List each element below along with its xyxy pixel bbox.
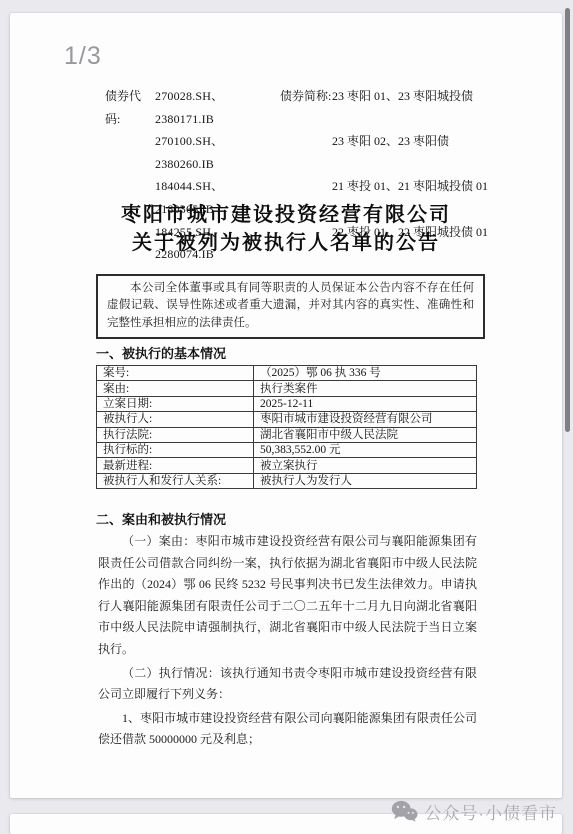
table-row: 案由: 执行类案件: [97, 381, 477, 396]
paragraph-obligation-1: 1、枣阳市城市建设投资经营有限公司向襄阳能源集团有限责任公司偿还借款 50000…: [98, 708, 477, 751]
table-row: 被执行人: 枣阳市城市建设投资经营有限公司: [97, 412, 477, 427]
row-value: （2025）鄂 06 执 336 号: [254, 366, 477, 381]
section2-heading: 二、案由和被执行情况: [96, 509, 226, 528]
title-line-1: 枣阳市城市建设投资经营有限公司: [76, 202, 496, 230]
document-page-1: 1/3 债券代码: 270028.SH、2380171.IB 债券简称: 23 …: [10, 13, 562, 798]
row-label: 最新进程:: [97, 458, 254, 473]
scrollbar[interactable]: [565, 8, 570, 432]
table-row: 被执行人和发行人关系: 被执行人为发行人: [97, 473, 477, 488]
bond-code-label: 债券代码:: [105, 85, 155, 130]
table-row: 立案日期: 2025-12-11: [97, 396, 477, 411]
title-line-2: 关于被列为被执行人名单的公告: [76, 230, 496, 258]
table-row: 最新进程: 被立案执行: [97, 458, 477, 473]
disclaimer-box: 本公司全体董事或具有同等职责的人员保证本公告内容不存在任何虚假记载、误导性陈述或…: [96, 274, 485, 339]
row-value: 湖北省襄阳市中级人民法院: [254, 427, 477, 442]
row-label: 被执行人:: [97, 412, 254, 427]
row-value: 被立案执行: [254, 458, 477, 473]
bond-row: 270100.SH、2380260.IB 23 枣阳 02、23 枣阳债: [105, 130, 525, 175]
document-title: 枣阳市城市建设投资经营有限公司 关于被列为被执行人名单的公告: [76, 202, 496, 257]
row-value: 2025-12-11: [254, 396, 477, 411]
row-value: 执行类案件: [254, 381, 477, 396]
paragraph-cause: （一）案由：枣阳市城市建设投资经营有限公司与襄阳能源集团有限责任公司借款合同纠纷…: [98, 531, 477, 661]
row-label: 案号:: [97, 366, 254, 381]
table-row: 执行法院: 湖北省襄阳市中级人民法院: [97, 427, 477, 442]
watermark-text: 公众号·小债看市: [424, 799, 557, 824]
row-label: 立案日期:: [97, 396, 254, 411]
row-label: 执行法院:: [97, 427, 254, 442]
section1-heading: 一、被执行的基本情况: [96, 343, 226, 362]
row-value: 50,383,552.00 元: [254, 442, 477, 457]
row-label: 被执行人和发行人关系:: [97, 473, 254, 488]
row-value: 被执行人为发行人: [254, 473, 477, 488]
watermark: 公众号·小债看市: [391, 799, 557, 823]
enforcement-info-table: 案号: （2025）鄂 06 执 336 号 案由: 执行类案件 立案日期: 2…: [96, 365, 477, 489]
bond-names: 23 枣阳 02、23 枣阳债: [332, 130, 525, 175]
page-indicator: 1/3: [64, 42, 102, 71]
row-value: 枣阳市城市建设投资经营有限公司: [254, 412, 477, 427]
table-row: 案号: （2025）鄂 06 执 336 号: [97, 366, 477, 381]
document-viewer: 1/3 债券代码: 270028.SH、2380171.IB 债券简称: 23 …: [0, 0, 573, 834]
row-label: 执行标的:: [97, 442, 254, 457]
wechat-icon: [391, 800, 418, 822]
bond-name-label: 债券简称:: [280, 85, 332, 130]
bond-codes: 270028.SH、2380171.IB: [155, 85, 280, 130]
bond-row: 债券代码: 270028.SH、2380171.IB 债券简称: 23 枣阳 0…: [105, 85, 525, 130]
bond-codes: 270100.SH、2380260.IB: [155, 130, 280, 175]
body-paragraphs: （一）案由：枣阳市城市建设投资经营有限公司与襄阳能源集团有限责任公司借款合同纠纷…: [98, 531, 477, 751]
paragraph-enforcement: （二）执行情况：该执行通知书责令枣阳市城市建设投资经营有限公司立即履行下列义务：: [98, 663, 477, 706]
table-row: 执行标的: 50,383,552.00 元: [97, 442, 477, 457]
bond-names: 23 枣阳 01、23 枣阳城投债: [332, 85, 525, 130]
row-label: 案由:: [97, 381, 254, 396]
